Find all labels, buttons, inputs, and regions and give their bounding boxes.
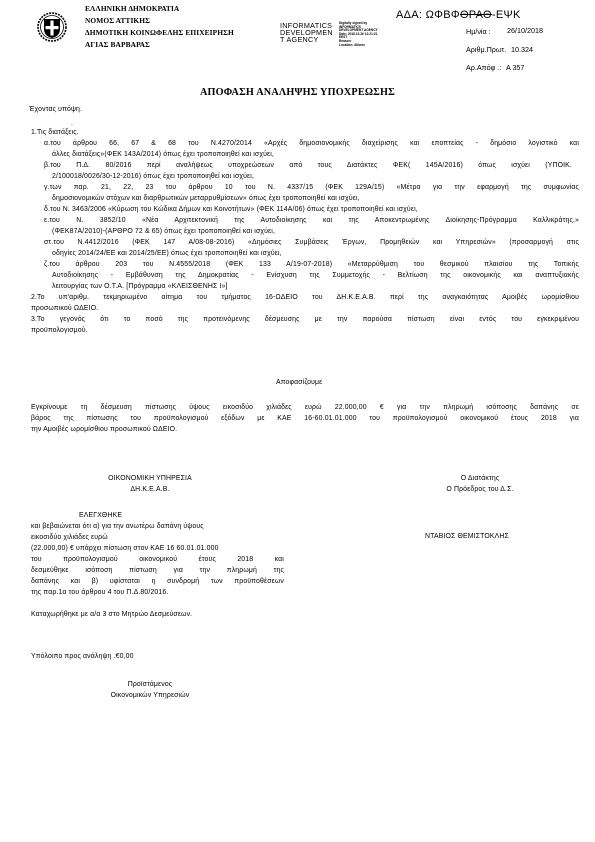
page-title: ΑΠΟΦΑΣΗ ΑΝΑΛΗΨΗΣ ΥΠΟΧΡΕΩΣΗΣ: [0, 87, 595, 98]
provision-st-line2: οδηγίες 2014/24/ΕΕ και 2014/25/ΕΕ) όπως …: [52, 249, 282, 260]
remaining-balance: Υπόλοιπο προς ανάληψη .€0,00: [31, 652, 134, 663]
authorizer-name: ΝΤΑΒΙΟΣ ΘΕΜΙΣΤΟΚΛΗΣ: [425, 532, 509, 543]
provision-b-line2: 2/100018/0026/30-12-2016) όπως έχει τροπ…: [52, 172, 254, 183]
protocol-value: 10.324: [511, 45, 533, 54]
provision-z-line2: Αυτοδιοίκησης - Εμβάθυνση της Δημοκρατία…: [52, 271, 579, 282]
provision-z-line3: λειτουργίας των Ο.Τ.Α. [Πρόγραμμα «ΚΛΕΙΣ…: [52, 282, 228, 293]
provision-st-line1: στ.του Ν.4412/2016 (ΦΕΚ 147 Α/08-08-2016…: [44, 238, 579, 249]
head-department: Οικονομικών Υπηρεσιών: [60, 691, 240, 702]
ada-suffix: -ΕΨΚ: [492, 9, 521, 21]
registry-note: Καταχωρήθηκε με α/α 3 στο Μητρώο Δεσμεύσ…: [31, 610, 192, 621]
checked-heading: ΕΛΕΓΧΘΗΚΕ: [79, 511, 122, 522]
decide-heading: Αποφασίζουμε: [276, 378, 322, 389]
date-label: Ημ/νία :: [466, 27, 491, 36]
provision-z-line1: ζ.του άρθρου 203 του Ν.4555/2018 (ΦΕΚ 13…: [44, 260, 579, 271]
digital-signature-stamp: INFORMATICS DEVELOPMEN T AGENCY: [280, 22, 333, 44]
decision-line3: την Αμοιβές ωρομίσθιου προσωπικού ΩΔΕΙΟ.: [31, 425, 177, 436]
provision-a-line1: α.του άρθρου 66, 67 & 68 του Ν.4270/2014…: [44, 139, 579, 150]
protocol-label: Αριθμ.Πρωτ.: [466, 45, 506, 54]
provision-d-line1: δ.του Ν. 3463/2006 «Κύρωση του Κώδικα Δή…: [44, 205, 418, 216]
point2-line2: προσωπικού ΩΔΕΙΟ.: [31, 304, 98, 315]
org-line-prefecture: ΝΟΜΟΣ ΑΤΤΙΚΗΣ: [85, 15, 150, 27]
authorizer-title: Ο Διατάκτης: [410, 474, 550, 485]
checked-line: της παρ.1α του άρθρου 4 του Π.Δ.80/2016.: [31, 588, 168, 599]
checked-line: (22.000,00) € υπάρχει πίστωση στον ΚΑΕ 1…: [31, 544, 219, 555]
decision-line2: βάρος της πίστωσης του προϋπολογισμού εξ…: [31, 414, 579, 425]
ada-struck: ΘΡΑΘ: [460, 9, 492, 21]
head-title: Προϊστάμενος: [60, 680, 240, 691]
provisions-heading: 1.Τις διατάξεις.: [31, 128, 79, 139]
signature-detail: Location: Athens: [339, 44, 378, 48]
intro-text: Έχοντας υπόψη.: [29, 105, 82, 116]
org-line-enterprise: ΔΗΜΟΤΙΚΗ ΚΟΙΝΩΦΕΛΗΣ ΕΠΙΧΕΙΡΗΣΗ: [85, 27, 234, 39]
checked-line: του προϋπολογισμού οικονομικού έτους 201…: [31, 555, 284, 566]
ada-code: ΑΔΑ: ΩΦΒΦΘΡΑΘ-ΕΨΚ: [396, 9, 521, 21]
decision-number-value: Α 357: [506, 63, 524, 72]
provision-c-line1: γ.των παρ. 21, 22, 23 του άρθρου 10 του …: [44, 183, 579, 194]
signature-agency-line: T AGENCY: [280, 36, 333, 43]
org-line-municipality: ΑΓΙΑΣ ΒΑΡΒΑΡΑΣ: [85, 39, 150, 51]
digital-signature-details: Digitally signed by INFORMATICS DEVELOPM…: [339, 22, 378, 47]
checked-line: και βεβαιώνεται ότι α) για την ανωτέρω δ…: [31, 522, 204, 533]
greek-coat-of-arms-icon: [37, 12, 67, 42]
org-line-republic: ΕΛΛΗΝΙΚΗ ΔΗΜΟΚΡΑΤΙΑ: [85, 3, 179, 15]
decision-number-label: Αρ.Απόφ .:: [466, 63, 501, 72]
date-value: 26/10/2018: [507, 26, 543, 35]
decision-line1: Εγκρίνουμε τη δέσμευση πίστωσης ύψους ει…: [31, 403, 579, 414]
point3-line1: 3.Το γεγονός ότι το ποσό της προτεινόμεν…: [31, 315, 579, 326]
checked-line: δαπάνης και β) υφίσταται η συνδρομή των …: [31, 577, 284, 588]
finance-service-title: ΟΙΚΟΝΟΜΙΚΗ ΥΠΗΡΕΣΙΑ: [60, 474, 240, 485]
checked-line: δεσμεύθηκε ισόποση πίστωση για την πληρω…: [31, 566, 284, 577]
provision-e-line1: ε.του Ν. 3852/10 «Νέα Αρχιτεκτονική της …: [44, 216, 579, 227]
finance-service-org: ΔΗ.Κ.Ε.Α.Β.: [60, 485, 240, 496]
ada-prefix: ΑΔΑ: ΩΦΒΦ: [396, 9, 460, 21]
provision-b-line1: β.του Π.Δ. 80/2016 περί αναλήψεως υποχρε…: [44, 161, 572, 172]
point3-line2: προϋπολογισμού.: [31, 326, 88, 337]
provision-e-line2: (ΦΕΚ87Α/2010)-(ΑΡΘΡΟ 72 & 65) όπως έχει …: [52, 227, 275, 238]
point2-line1: 2.Το υπ'αριθμ. τεκμηριωμένο αίτημα του τ…: [31, 293, 579, 304]
checked-line: εικοσιδύο χιλιάδες ευρώ: [31, 533, 108, 544]
provision-c-line2: δημοσιονομικών στόχων και διαρθρωτικών μ…: [52, 194, 360, 205]
authorizer-role: Ο Πρόεδρος του Δ.Σ.: [410, 485, 550, 496]
provision-a-line2: άλλες διατάξεις»(ΦΕΚ 143Α/2014) όπως έχε…: [52, 150, 274, 161]
